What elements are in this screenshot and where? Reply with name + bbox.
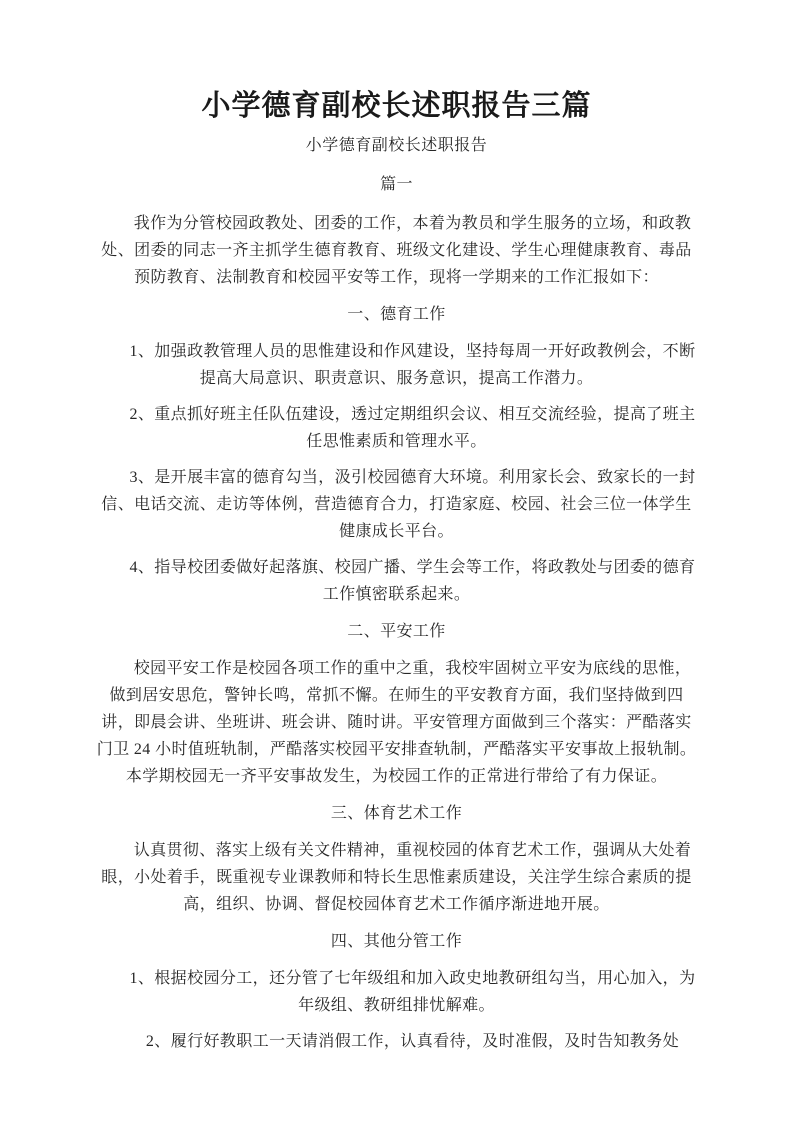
document-body: 篇一我作为分管校园政教处、团委的工作，本着为教员和学生服务的立场，和政教处、团委… xyxy=(96,171,697,1055)
paragraph: 2、重点抓好班主任队伍建设，透过定期组织会议、相互交流经验，提高了班主任思惟素质… xyxy=(96,401,697,455)
paragraph: 认真贯彻、落实上级有关文件精神，重视校园的体育艺术工作，强调从大处着眼，小处着手… xyxy=(96,837,697,918)
paragraph: 我作为分管校园政教处、团委的工作，本着为教员和学生服务的立场，和政教处、团委的同… xyxy=(96,210,697,291)
paragraph: 1、根据校园分工，还分管了七年级组和加入政史地教研组勾当，用心加入，为年级组、教… xyxy=(96,965,697,1019)
paragraph: 1、加强政教管理人员的思惟建设和作风建设，坚持每周一开好政教例会，不断提高大局意… xyxy=(96,338,697,392)
paragraph: 4、指导校团委做好起落旗、校园广播、学生会等工作，将政教处与团委的德育工作慎密联… xyxy=(96,554,697,608)
section-heading: 四、其他分管工作 xyxy=(96,928,697,955)
chapter-label: 篇一 xyxy=(96,171,697,198)
paragraph: 3、是开展丰富的德育勾当，汲引校园德育大环境。利用家长会、致家长的一封信、电话交… xyxy=(96,464,697,545)
section-heading: 一、德育工作 xyxy=(96,301,697,328)
paragraph: 2、履行好教职工一天请消假工作，认真看待，及时准假，及时告知教务处 xyxy=(96,1028,697,1055)
document-title: 小学德育副校长述职报告三篇 xyxy=(96,86,697,126)
document-subtitle: 小学德育副校长述职报告 xyxy=(96,132,697,159)
section-heading: 三、体育艺术工作 xyxy=(96,800,697,827)
document-page: 小学德育副校长述职报告三篇 小学德育副校长述职报告 篇一我作为分管校园政教处、团… xyxy=(0,0,793,1122)
section-heading: 二、平安工作 xyxy=(96,618,697,645)
paragraph: 校园平安工作是校园各项工作的重中之重，我校牢固树立平安为底线的思惟，做到居安思危… xyxy=(96,655,697,790)
